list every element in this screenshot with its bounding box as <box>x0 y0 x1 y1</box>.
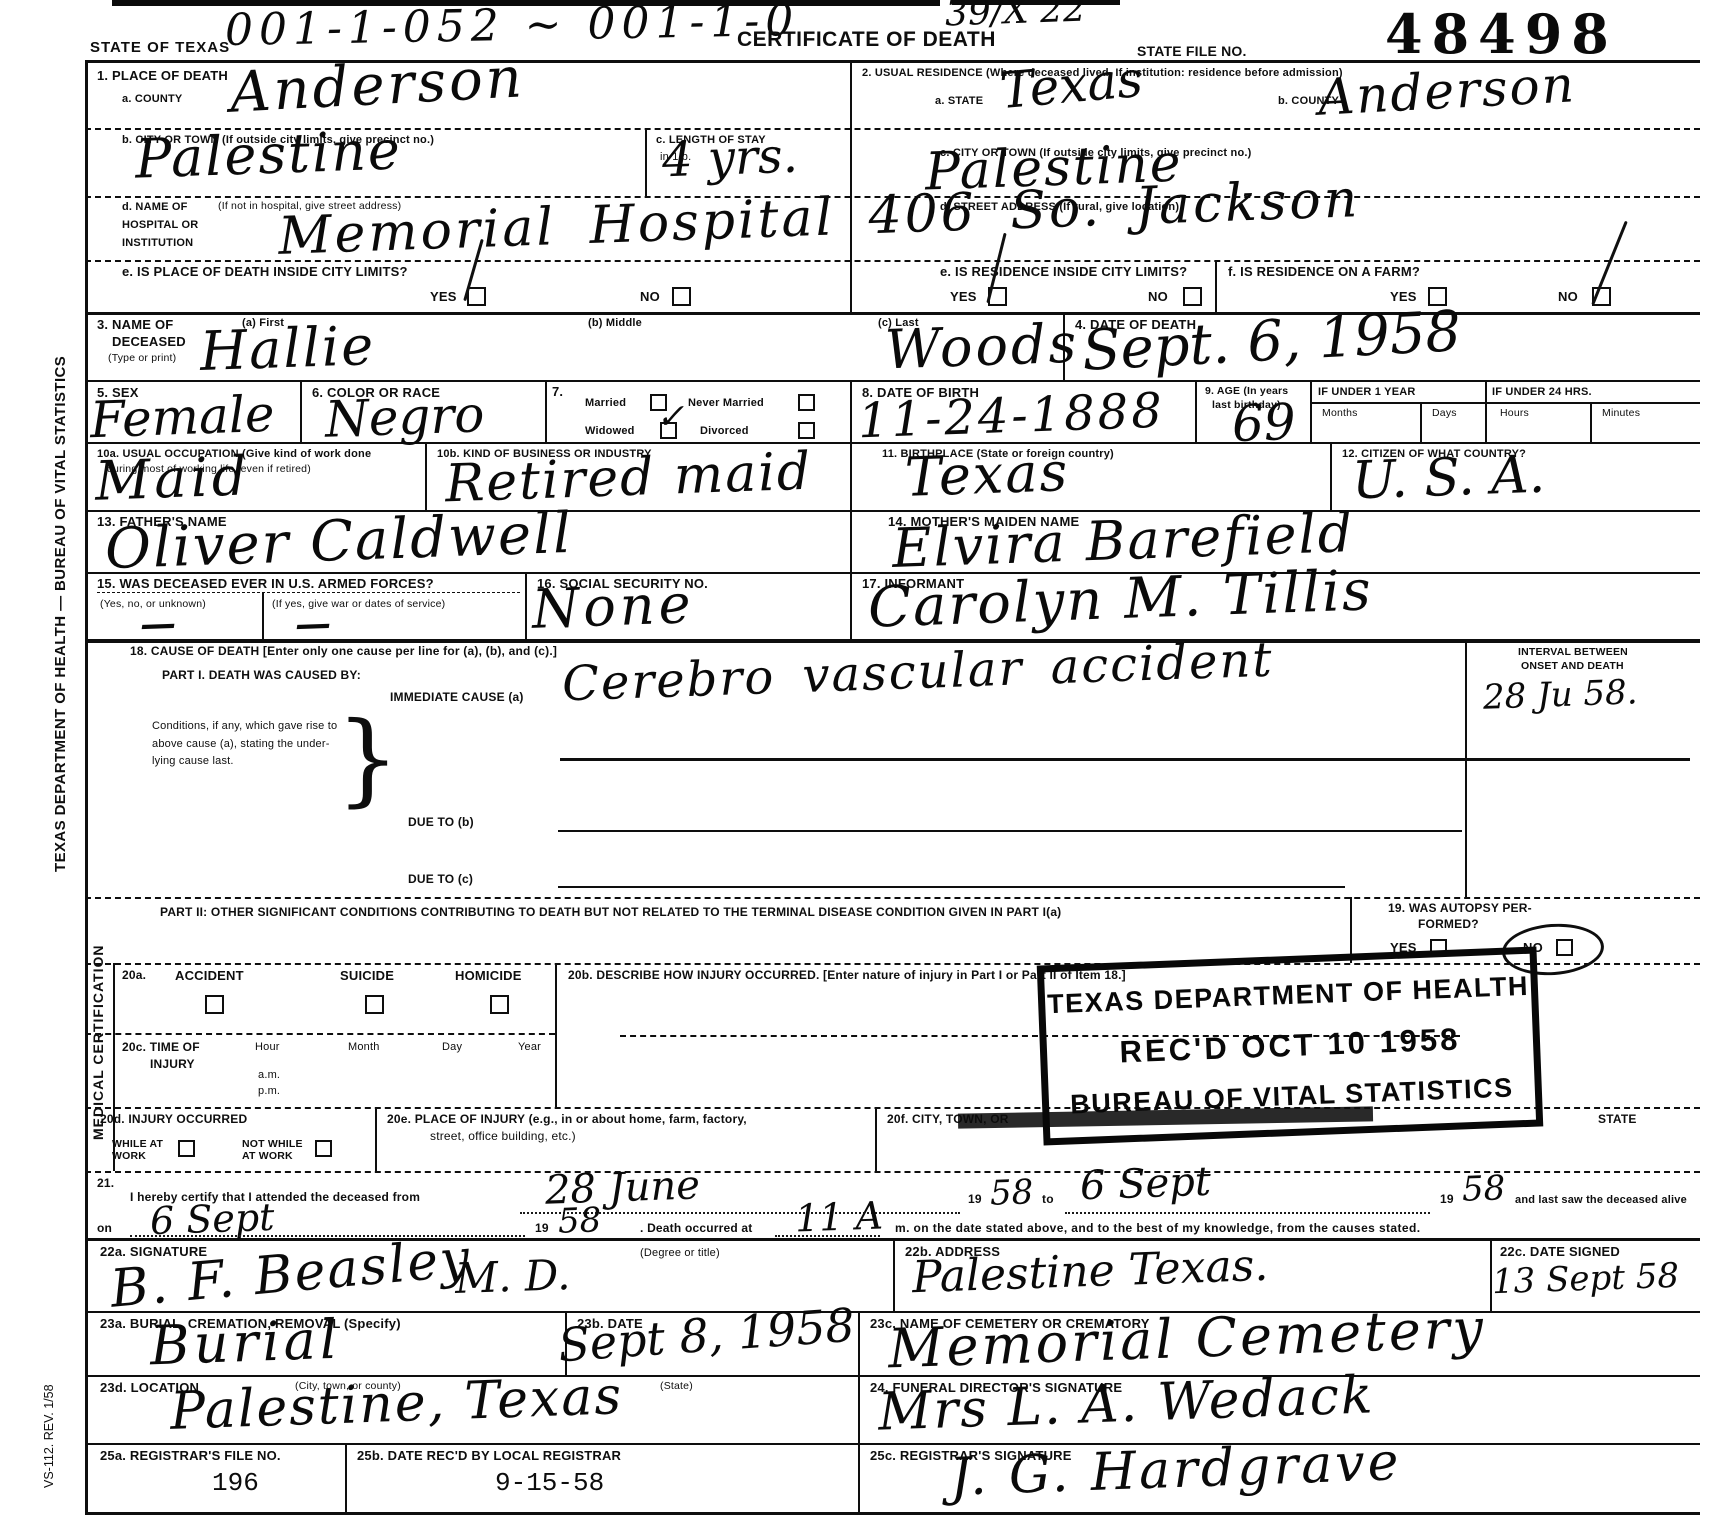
year-label: Year <box>518 1040 541 1054</box>
writing-line <box>1065 1212 1430 1214</box>
accident-checkbox <box>205 995 224 1014</box>
widowed-label: Widowed <box>585 424 635 438</box>
state-of-texas-label: STATE OF TEXAS <box>90 38 230 58</box>
state-file-number: 48498 <box>1385 2 1618 66</box>
form-line <box>85 1033 555 1035</box>
place-of-injury-label: 20e. PLACE OF INJURY (e.g., in or about … <box>387 1112 747 1128</box>
no-label: NO <box>1558 289 1578 306</box>
armed-forces-label: 15. WAS DECEASED EVER IN U.S. ARMED FORC… <box>97 576 434 593</box>
homicide-label: HOMICIDE <box>455 968 522 985</box>
degree-value: M. D. <box>454 1254 571 1300</box>
last-name-value: Woods <box>884 317 1080 378</box>
interval-label-1: INTERVAL BETWEEN <box>1518 646 1628 660</box>
autopsy-label-2: FORMED? <box>1418 917 1479 933</box>
homicide-checkbox <box>490 995 509 1014</box>
received-stamp: TEXAS DEPARTMENT OF HEALTH REC'D OCT 10 … <box>1037 946 1544 1145</box>
marital-status-label: 7. <box>552 384 563 401</box>
form-divider <box>375 1107 377 1171</box>
on-label: on <box>97 1221 112 1237</box>
medical-certification-vertical-label: MEDICAL CERTIFICATION <box>90 945 106 1140</box>
certify-text-2: and last saw the deceased alive <box>1515 1193 1687 1207</box>
form-divider <box>1310 380 1312 442</box>
age-value: 69 <box>1231 397 1296 449</box>
form-divider <box>858 1311 860 1375</box>
form-divider <box>1485 380 1487 442</box>
while-at-work-label-2: WORK <box>112 1150 146 1164</box>
year-3-value: 58 <box>557 1203 601 1238</box>
citizen-country-value: U. S. A. <box>1351 449 1546 508</box>
form-divider <box>893 1238 895 1311</box>
name-of-label: 3. NAME OF <box>97 317 173 334</box>
institution-label: INSTITUTION <box>122 236 193 250</box>
hospital-and-street-value: Memorial Hospital 406 So. Jackson <box>277 173 1361 263</box>
never-married-checkbox <box>798 394 815 411</box>
time-of-injury-label-2: INJURY <box>150 1057 195 1073</box>
form-divider <box>645 128 647 196</box>
department-vertical-label: TEXAS DEPARTMENT OF HEALTH — BUREAU OF V… <box>52 356 69 872</box>
registrar-file-no-label: 25a. REGISTRAR'S FILE NO. <box>100 1448 281 1465</box>
form-divider <box>850 380 852 442</box>
months-label: Months <box>1322 407 1358 421</box>
year-prefix: 19 <box>535 1221 549 1237</box>
form-divider <box>858 1375 860 1443</box>
county-label: a. COUNTY <box>122 92 182 106</box>
immediate-cause-label: IMMEDIATE CAUSE (a) <box>390 690 524 706</box>
injury-occurred-label: 20d. INJURY OCCURRED <box>100 1112 247 1128</box>
certify-text-3: m. on the date stated above, and to the … <box>895 1221 1420 1237</box>
city-of-death-value: Palestine <box>134 123 402 186</box>
last-seen-date: 6 Sept <box>149 1198 275 1240</box>
social-security-value: None <box>531 577 695 637</box>
divorced-label: Divorced <box>700 424 749 438</box>
certificate-title: CERTIFICATE OF DEATH <box>737 26 996 53</box>
residence-city-limits-no-checkbox <box>1183 287 1202 306</box>
residence-inside-city-limits-label: e. IS RESIDENCE INSIDE CITY LIMITS? <box>940 264 1187 281</box>
injury-state-label: STATE <box>1598 1112 1637 1128</box>
form-line <box>85 1512 1700 1515</box>
form-divider <box>1195 380 1197 442</box>
form-divider <box>850 572 852 639</box>
not-while-at-work-checkbox <box>315 1140 332 1157</box>
race-value: Negro <box>324 389 485 445</box>
due-to-c-label: DUE TO (c) <box>408 872 473 888</box>
due-to-b-line <box>558 830 1462 832</box>
year-prefix: 19 <box>968 1192 982 1208</box>
form-border-left <box>85 60 88 1512</box>
hour-label: Hour <box>255 1040 280 1054</box>
death-occurred-label: . Death occurred at <box>640 1221 753 1237</box>
stamp-line-1: TEXAS DEPARTMENT OF HEALTH <box>1047 971 1530 1020</box>
age-header-line <box>1310 402 1700 404</box>
day-label: Day <box>442 1040 462 1054</box>
date-received-value: 9-15-58 <box>495 1468 604 1498</box>
business-industry-value: Retired maid <box>444 446 813 511</box>
hours-label: Hours <box>1500 407 1529 421</box>
first-name-value: Hallie <box>199 319 376 379</box>
date-of-death-value: Sept. 6, 1958 <box>1081 304 1463 380</box>
form-code-vertical-label: VS-112. REV. 1/58 <box>42 1384 56 1488</box>
form-line <box>85 1443 1700 1445</box>
if-under-1-year-label: IF UNDER 1 YEAR <box>1318 385 1416 399</box>
type-or-print-label: (Type or print) <box>108 352 176 366</box>
street-address-label: d. STREET ADDRESS (If rural, give locati… <box>940 200 1179 214</box>
form-divider <box>345 1443 347 1512</box>
form-divider <box>1420 402 1422 442</box>
part1-label: PART I. DEATH WAS CAUSED BY: <box>162 668 361 684</box>
brace-glyph: } <box>336 700 400 817</box>
date-received-label: 25b. DATE REC'D BY LOCAL REGISTRAR <box>357 1448 621 1465</box>
residence-state-value: Texas <box>998 54 1145 116</box>
sex-value: Female <box>89 389 275 445</box>
cause-of-death-label: 18. CAUSE OF DEATH [Enter only one cause… <box>130 644 557 660</box>
armed-forces-service-answer: — <box>294 605 331 642</box>
minutes-label: Minutes <box>1602 407 1640 421</box>
to-label: to <box>1042 1192 1054 1208</box>
form-divider <box>850 510 852 572</box>
writing-line <box>775 1235 880 1237</box>
while-at-work-checkbox <box>178 1140 195 1157</box>
form-divider <box>850 442 852 510</box>
form-divider <box>1465 639 1467 897</box>
form-divider <box>858 1443 860 1512</box>
residence-on-farm-label: f. IS RESIDENCE ON A FARM? <box>1228 264 1420 281</box>
yes-label: YES <box>430 289 457 306</box>
residence-state-label: a. STATE <box>935 94 983 108</box>
item-20a-label: 20a. <box>122 968 146 984</box>
if-under-24-hrs-label: IF UNDER 24 HRS. <box>1492 385 1592 399</box>
form-divider <box>1590 402 1592 442</box>
armed-forces-answer: — <box>139 605 176 642</box>
year-prefix: 19 <box>1440 1192 1454 1208</box>
deceased-label: DECEASED <box>112 334 186 351</box>
form-divider <box>300 380 302 442</box>
due-to-c-line <box>558 886 1345 888</box>
state-file-no-label: STATE FILE NO. <box>1137 42 1247 60</box>
form-line <box>85 1171 1700 1173</box>
never-married-label: Never Married <box>688 396 764 410</box>
burial-location-value: Palestine, Texas <box>169 1370 624 1438</box>
no-label: NO <box>1148 289 1168 306</box>
no-label: NO <box>640 289 660 306</box>
pm-label: p.m. <box>258 1084 280 1098</box>
month-label: Month <box>348 1040 380 1054</box>
accident-label: ACCIDENT <box>175 968 244 985</box>
father-name-value: Oliver Caldwell <box>104 506 574 578</box>
part2-label: PART II: OTHER SIGNIFICANT CONDITIONS CO… <box>160 905 1061 921</box>
item-21-label: 21. <box>97 1176 114 1192</box>
suicide-label: SUICIDE <box>340 968 394 985</box>
death-inside-city-limits-label: e. IS PLACE OF DEATH INSIDE CITY LIMITS? <box>122 264 408 281</box>
form-divider <box>1330 442 1332 510</box>
form-divider <box>555 963 557 1107</box>
form-divider <box>262 592 264 639</box>
burial-type-value: Burial <box>149 1313 342 1374</box>
county-of-death-value: Anderson <box>229 50 526 121</box>
hospital-name-label: d. NAME OF <box>122 200 188 214</box>
time-of-death-value: 11 A <box>794 1196 883 1237</box>
registrar-signature-value: J. G. Hardgrave <box>949 1436 1402 1504</box>
place-of-injury-label-2: street, office building, etc.) <box>430 1129 576 1145</box>
length-of-stay-value: 4 yrs. <box>661 132 798 185</box>
middle-name-label: (b) Middle <box>588 316 642 330</box>
suicide-checkbox <box>365 995 384 1014</box>
married-label: Married <box>585 396 626 410</box>
occupation-value: Maid <box>94 449 251 508</box>
form-divider <box>525 572 527 639</box>
autopsy-label-1: 19. WAS AUTOPSY PER- <box>1388 901 1532 917</box>
time-of-injury-label: 20c. TIME OF <box>122 1040 200 1056</box>
stamp-line-2: REC'D OCT 10 1958 <box>1119 1021 1461 1070</box>
am-label: a.m. <box>258 1068 280 1082</box>
date-signed-value: 13 Sept 58 <box>1491 1259 1679 1300</box>
widowed-check-mark: ✓ <box>655 400 685 435</box>
form-divider <box>425 442 427 510</box>
stamp-line-3: BUREAU OF VITAL STATISTICS <box>1070 1072 1514 1120</box>
days-label: Days <box>1432 407 1457 421</box>
form-divider <box>545 380 547 442</box>
degree-or-title-label: (Degree or title) <box>640 1246 720 1260</box>
birthplace-value: Texas <box>904 445 1070 505</box>
conditions-note: Conditions, if any, which gave rise to a… <box>152 718 352 771</box>
year-1-value: 58 <box>989 1175 1033 1210</box>
death-city-limits-no-checkbox <box>672 287 691 306</box>
form-divider <box>1215 260 1217 312</box>
registrar-file-no-value: 196 <box>212 1468 259 1498</box>
year-2-value: 58 <box>1461 1171 1505 1206</box>
not-while-at-work-label-2: AT WORK <box>242 1150 293 1164</box>
form-line <box>85 897 1700 899</box>
interval-value: 28 Ju 58. <box>1482 675 1638 714</box>
place-of-death-label: 1. PLACE OF DEATH <box>97 68 228 85</box>
interval-label-2: ONSET AND DEATH <box>1521 660 1624 674</box>
hospital-or-label: HOSPITAL OR <box>122 218 198 232</box>
yes-label: YES <box>950 289 977 306</box>
immediate-cause-value: Cerebro vascular accident <box>561 636 1274 709</box>
attended-to-date: 6 Sept <box>1079 1162 1211 1207</box>
informant-value: Carolyn M. Tillis <box>867 563 1373 637</box>
physician-address-value: Palestine Texas. <box>911 1244 1269 1300</box>
burial-location-sublabel-2: (State) <box>660 1380 693 1394</box>
death-city-limits-yes-checkbox <box>467 287 486 306</box>
date-of-birth-value: 11-24-1888 <box>857 387 1165 446</box>
form-divider <box>875 1107 877 1171</box>
due-to-b-label: DUE TO (b) <box>408 815 474 831</box>
divorced-checkbox <box>798 422 815 439</box>
cause-writing-line <box>560 758 1690 761</box>
death-certificate-page: STATE OF TEXAS 001-1-052 ~ 001-1-0 39/X … <box>0 0 1710 1532</box>
funeral-director-signature-value: Mrs L. A. Wedack <box>877 1369 1375 1438</box>
residence-county-value: Anderson <box>1317 59 1577 122</box>
